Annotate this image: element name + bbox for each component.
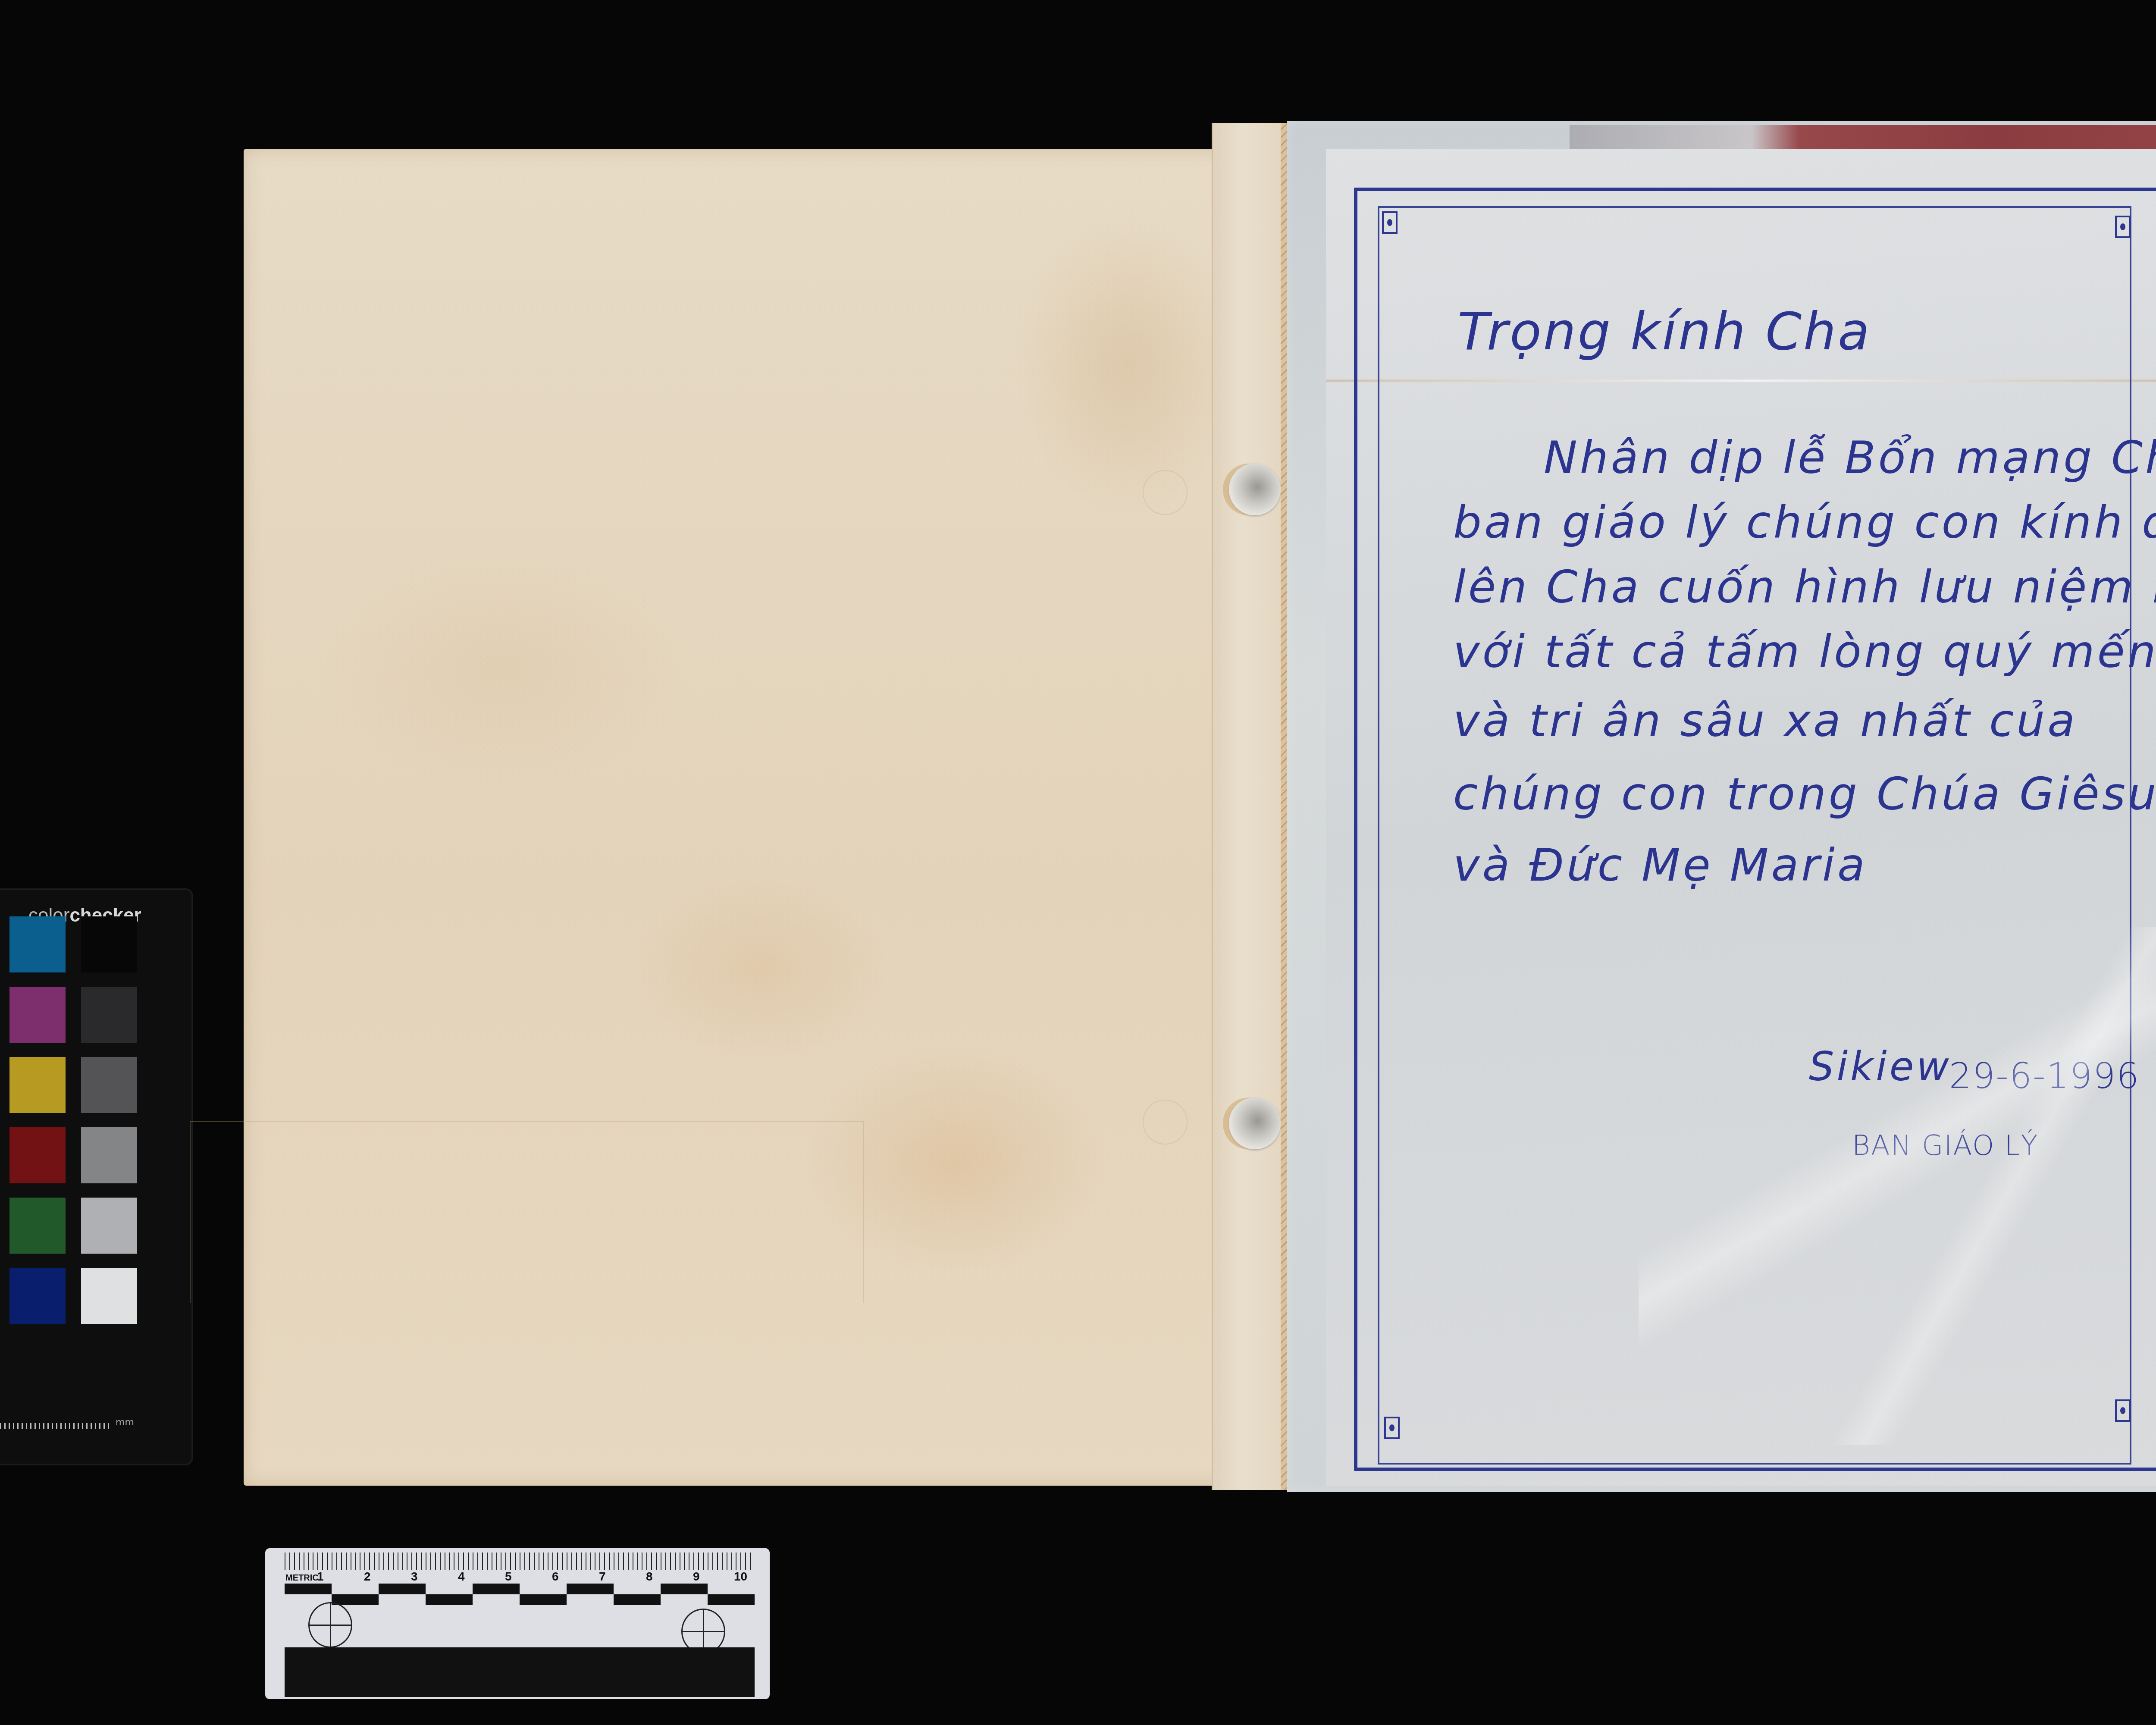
ruler-checker-cell: [614, 1594, 661, 1605]
color-checker-mm-scale: [0, 1423, 112, 1429]
color-swatch: [9, 987, 66, 1043]
corner-ornament-icon: [1384, 1417, 1400, 1439]
color-swatch: [9, 1057, 66, 1113]
letter-salutation: Trọng kính Cha: [1457, 302, 1871, 362]
ruler-ticks: [285, 1552, 755, 1570]
gray-swatch: [81, 1057, 137, 1113]
ruler-checker-cell: [473, 1594, 520, 1605]
letter-border-inner: [1378, 206, 2131, 1465]
color-swatch: [9, 916, 66, 972]
ruler-checker-cell: [285, 1584, 332, 1594]
ruler-checker-cell: [661, 1594, 708, 1605]
crosshair-target-icon: [308, 1602, 352, 1648]
ruler-checker-cell: [520, 1594, 567, 1605]
binding-rivet-bottom-icon: [1229, 1098, 1281, 1149]
corner-ornament-icon: [2115, 1399, 2131, 1422]
ruler-checker-cell: [520, 1584, 567, 1594]
ruler-checker-cell: [708, 1594, 755, 1605]
ruler-checker-cell: [567, 1594, 614, 1605]
signature-date: 29-6-1996: [1949, 1056, 2140, 1097]
ruler-checker-cell: [426, 1594, 473, 1605]
cover-embossed-panel: [190, 1121, 864, 1303]
ruler-number: 9: [693, 1570, 700, 1584]
letter-body-line: và Đức Mẹ Maria: [1453, 839, 1868, 891]
ruler-black-band: [285, 1647, 755, 1697]
letter-body-line: với tất cả tấm lòng quý mến: [1453, 625, 2156, 678]
ruler-number: 6: [552, 1570, 559, 1584]
ruler-number: 10: [734, 1570, 747, 1584]
binding-cord: [1281, 123, 1288, 1490]
letter-body-line: và tri ân sâu xa nhất của: [1453, 694, 2078, 747]
gray-swatch: [81, 1198, 137, 1254]
album-spine-hinge: [1212, 123, 1286, 1490]
ruler-checker-cell: [379, 1594, 426, 1605]
color-swatch: [9, 1268, 66, 1324]
ruler-number: 4: [458, 1570, 465, 1584]
ruler-label: METRIC: [285, 1573, 319, 1583]
ruler-checker-cell: [661, 1584, 708, 1594]
rivet-impression: [1143, 470, 1188, 515]
signature-place: Sikiew: [1809, 1044, 1952, 1090]
ruler-checker-cell: [379, 1584, 426, 1594]
color-checker-unit-label: mm: [116, 1417, 134, 1428]
ruler-checker-cell: [614, 1584, 661, 1594]
corner-ornament-icon: [2115, 216, 2131, 238]
ruler-checker-cell: [332, 1584, 379, 1594]
color-swatch: [9, 1198, 66, 1254]
ruler-number: 2: [364, 1570, 371, 1584]
ruler-number: 1: [317, 1570, 324, 1584]
letter-body-line: ban giáo lý chúng con kính dâng: [1453, 496, 2156, 549]
ruler-checker-cell: [567, 1584, 614, 1594]
ruler-checker-cell: [708, 1584, 755, 1594]
gray-swatch: [81, 987, 137, 1043]
gray-swatch: [81, 916, 137, 972]
ruler-number: 8: [646, 1570, 653, 1584]
letter-body-line: lên Cha cuốn hình lưu niệm này: [1453, 561, 2156, 613]
signature-group: BAN GIÁO LÝ: [1852, 1130, 2039, 1162]
ruler-checker-cell: [473, 1584, 520, 1594]
ruler-number: 7: [599, 1570, 606, 1584]
ruler-number: 3: [411, 1570, 418, 1584]
gray-swatch: [81, 1127, 137, 1183]
letter-body-line: Nhân dịp lễ Bổn mạng Cha,: [1544, 431, 2156, 484]
gray-swatch: [81, 1268, 137, 1324]
color-swatch: [9, 1127, 66, 1183]
letter-body-line: chúng con trong Chúa Giêsu Kitô: [1453, 768, 2156, 820]
ruler-number: 5: [505, 1570, 512, 1584]
rivet-impression: [1143, 1100, 1188, 1145]
corner-ornament-icon: [1382, 211, 1398, 234]
binding-rivet-top-icon: [1229, 464, 1281, 515]
ruler-checker-cell: [426, 1584, 473, 1594]
